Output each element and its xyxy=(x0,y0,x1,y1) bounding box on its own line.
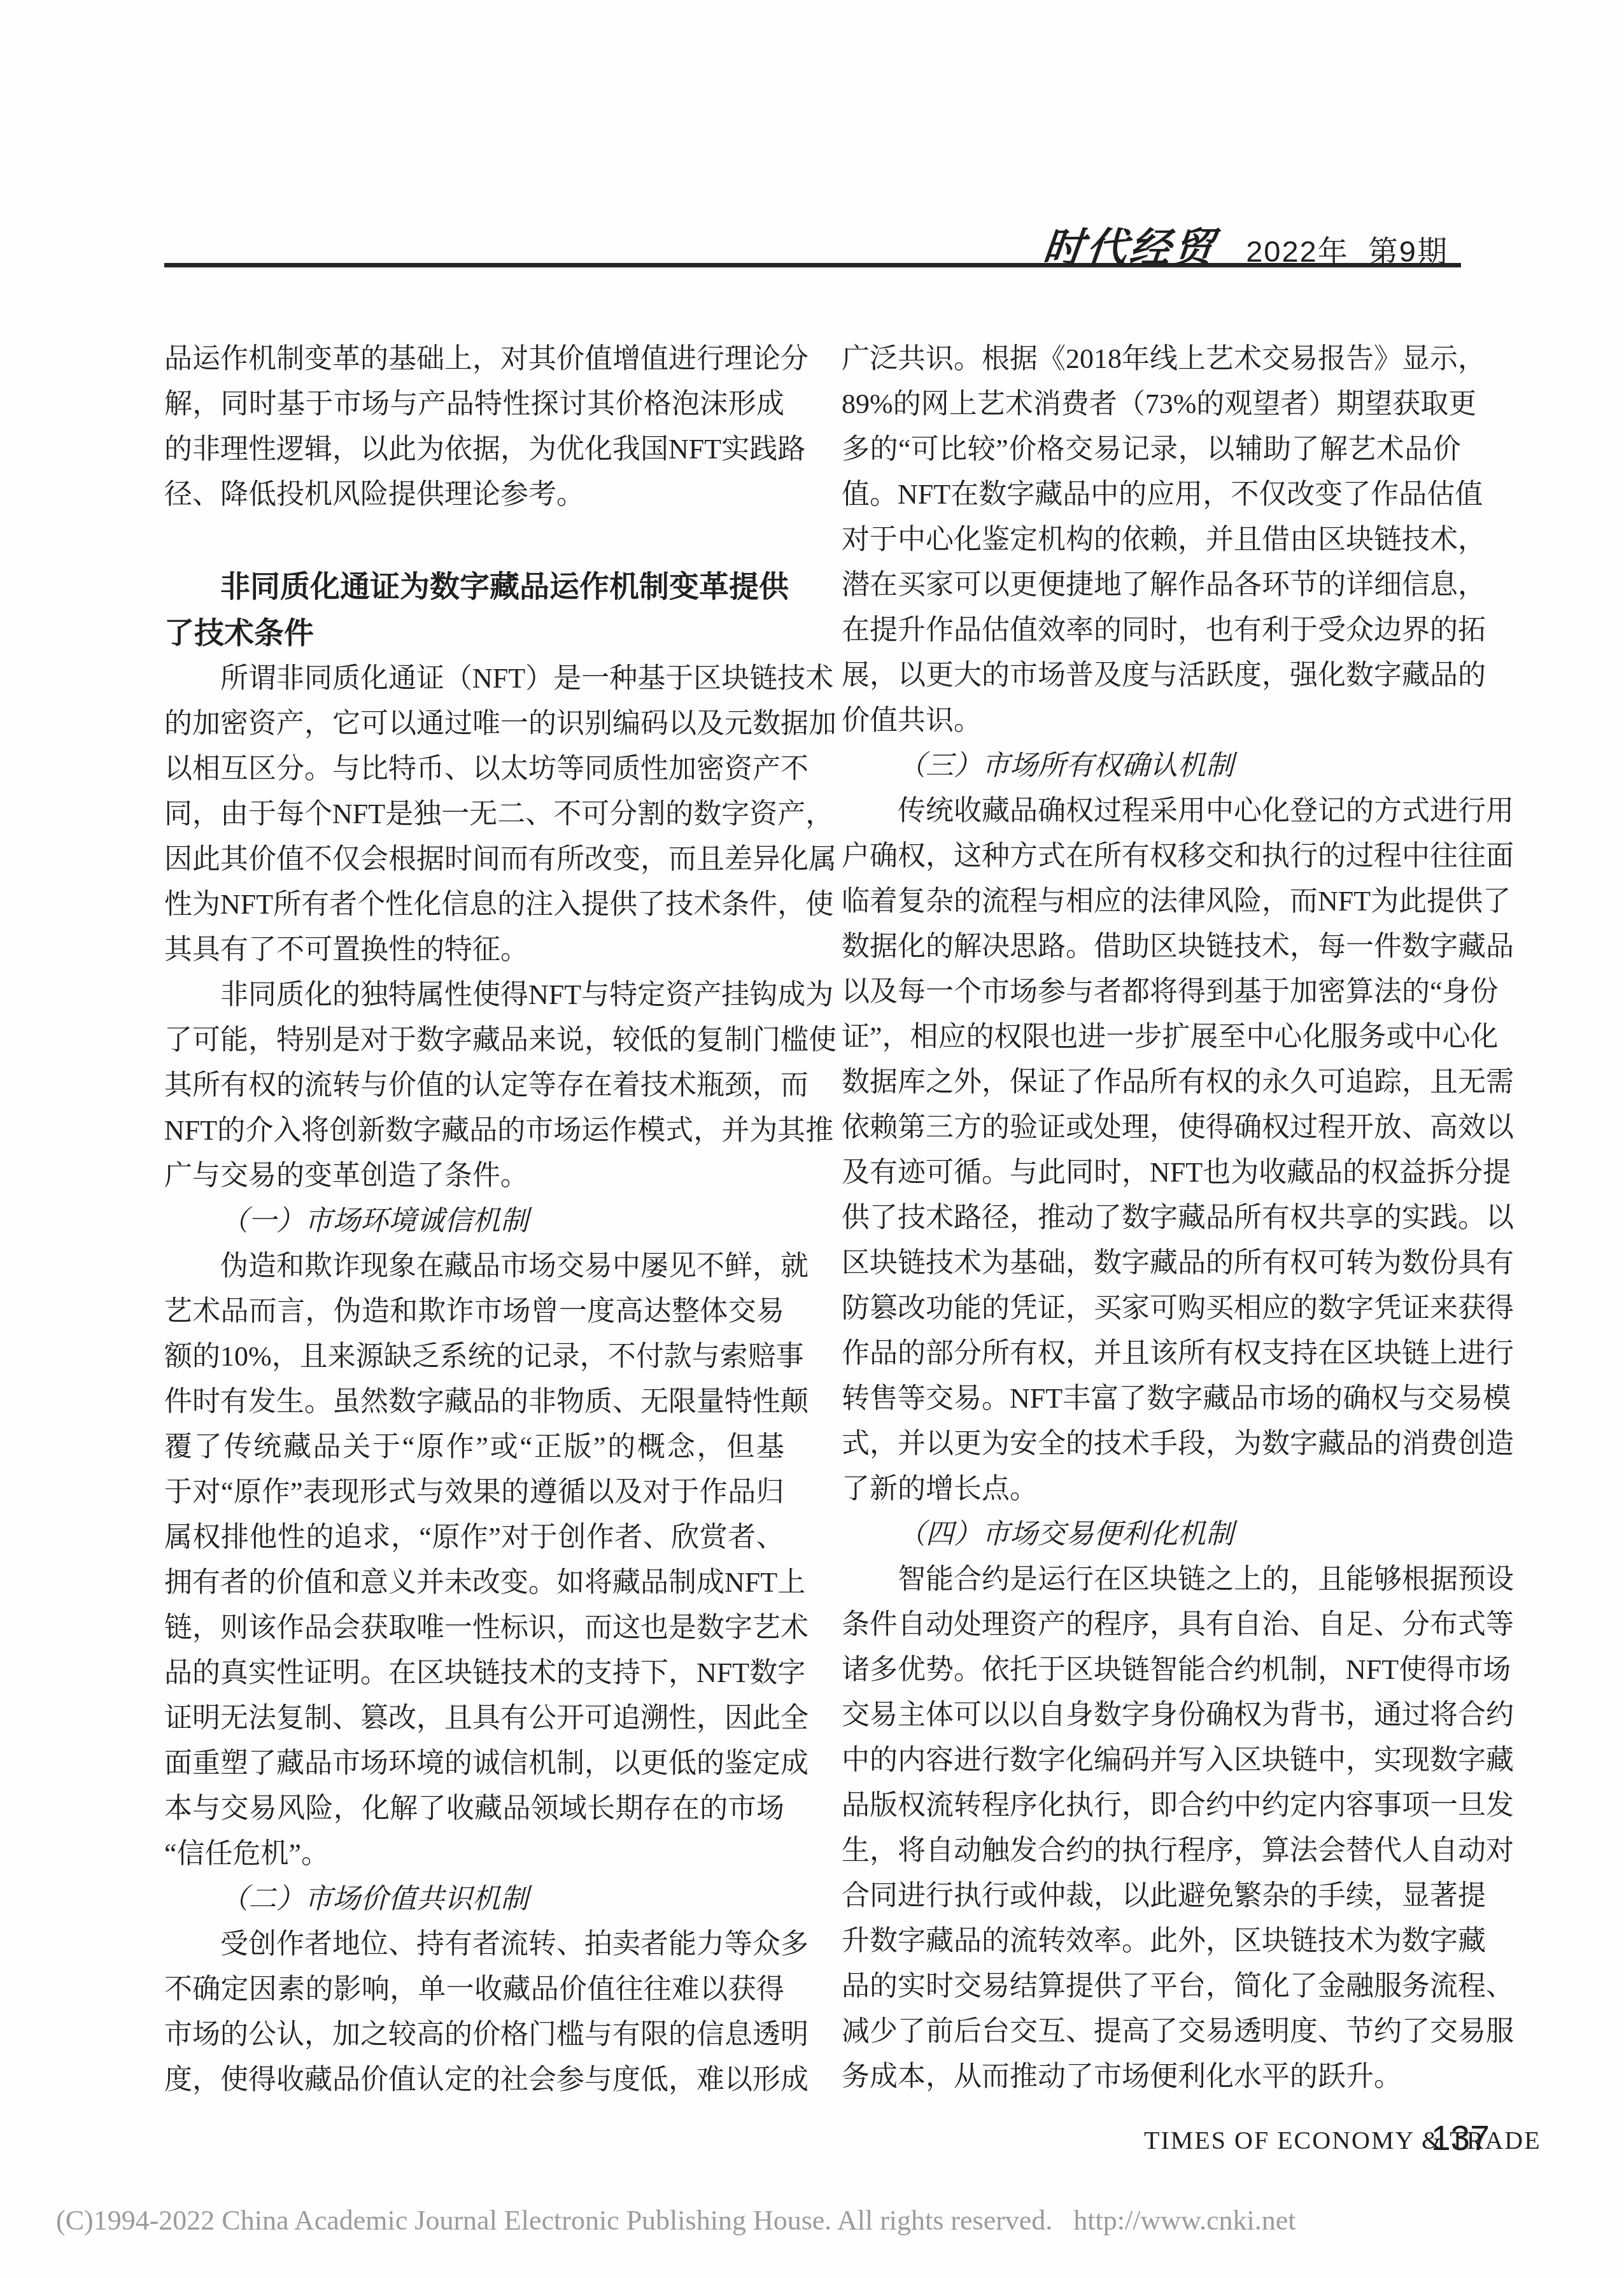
text-line: 区块链技术为基础，数字藏品的所有权可转为数份具有 xyxy=(842,1240,1461,1285)
text-line: 户确权，这种方式在所有权移交和执行的过程中往往面 xyxy=(842,833,1461,879)
text-line: 依赖第三方的验证或处理，使得确权过程开放、高效以 xyxy=(842,1105,1461,1150)
text-line: 式，并以更为安全的技术手段，为数字藏品的消费创造 xyxy=(842,1421,1461,1466)
text-line: 智能合约是运行在区块链之上的，且能够根据预设 xyxy=(842,1557,1461,1602)
text-line: 市场的公认，加之较高的价格门槛与有限的信息透明 xyxy=(164,2012,784,2057)
text-line: 品的实时交易结算提供了平台，简化了金融服务流程、 xyxy=(842,1963,1461,2009)
text-line: 了技术条件 xyxy=(164,609,784,656)
text-line: 临着复杂的流程与相应的法律风险，而NFT为此提供了 xyxy=(842,879,1461,924)
text-line: 升数字藏品的流转效率。此外，区块链技术为数字藏 xyxy=(842,1918,1461,1963)
text-line: 径、降低投机风险提供理论参考。 xyxy=(164,472,784,517)
text-line: 证明无法复制、篡改，且具有公开可追溯性，因此全 xyxy=(164,1695,784,1741)
column-right: 广泛共识。根据《2018年线上艺术交易报告》显示，89%的网上艺术消费者（73%… xyxy=(842,336,1461,2099)
text-line: （三）市场所有权确认机制 xyxy=(842,743,1461,788)
text-line: 本与交易风险，化解了收藏品领域长期存在的市场 xyxy=(164,1786,784,1831)
text-line: 传统收藏品确权过程采用中心化登记的方式进行用 xyxy=(842,788,1461,833)
text-line: 同，由于每个NFT是独一无二、不可分割的数字资产， xyxy=(164,791,784,837)
text-line: 合同进行执行或仲裁，以此避免繁杂的手续，显著提 xyxy=(842,1873,1461,1918)
text-line: 务成本，从而推动了市场便利化水平的跃升。 xyxy=(842,2054,1461,2099)
text-line: 以相互区分。与比特币、以太坊等同质性加密资产不 xyxy=(164,746,784,791)
text-line: 多的“可比较”价格交易记录，以辅助了解艺术品价 xyxy=(842,427,1461,472)
text-line: 以及每一个市场参与者都将得到基于加密算法的“身份 xyxy=(842,969,1461,1014)
text-line: 非同质化通证为数字藏品运作机制变革提供 xyxy=(164,563,784,609)
text-line: 潜在买家可以更便捷地了解作品各环节的详细信息， xyxy=(842,562,1461,607)
text-line: 条件自动处理资产的程序，具有自治、自足、分布式等 xyxy=(842,1602,1461,1647)
text-line: 广与交易的变革创造了条件。 xyxy=(164,1153,784,1198)
text-line: 在提升作品估值效率的同时，也有利于受众边界的拓 xyxy=(842,607,1461,653)
text-line: 供了技术路径，推动了数字藏品所有权共享的实践。以 xyxy=(842,1195,1461,1240)
text-line: 品的真实性证明。在区块链技术的支持下，NFT数字 xyxy=(164,1650,784,1695)
text-line: 性为NFT所有者个性化信息的注入提供了技术条件，使 xyxy=(164,882,784,927)
paragraph: 品运作机制变革的基础上，对其价值增值进行理论分解，同时基于市场与产品特性探讨其价… xyxy=(164,336,784,517)
text-line: 覆了传统藏品关于“原作”或“正版”的概念，但基 xyxy=(164,1424,784,1469)
text-line: 数据库之外，保证了作品所有权的永久可追踪，且无需 xyxy=(842,1059,1461,1105)
header-rule-divider xyxy=(164,263,1461,267)
text-line: 值。NFT在数字藏品中的应用，不仅改变了作品估值 xyxy=(842,472,1461,517)
text-line: 交易主体可以以自身数字身份确权为背书，通过将合约 xyxy=(842,1692,1461,1737)
text-line: 证”，相应的权限也进一步扩展至中心化服务或中心化 xyxy=(842,1014,1461,1059)
journal-page: 时代经贸 2022年 第9期 品运作机制变革的基础上，对其价值增值进行理论分解，… xyxy=(0,0,1624,2278)
text-line: 中的内容进行数字化编码并写入区块链中，实现数字藏 xyxy=(842,1737,1461,1783)
text-line: 减少了前后台交互、提高了交易透明度、节约了交易服 xyxy=(842,2009,1461,2054)
page-number: 137 xyxy=(1431,2118,1490,2158)
text-line: 其所有权的流转与价值的认定等存在着技术瓶颈，而 xyxy=(164,1063,784,1108)
paragraph: 智能合约是运行在区块链之上的，且能够根据预设条件自动处理资产的程序，具有自治、自… xyxy=(842,1557,1461,2099)
text-line: （一）市场环境诚信机制 xyxy=(164,1198,784,1243)
text-line: 品运作机制变革的基础上，对其价值增值进行理论分 xyxy=(164,336,784,381)
paragraph: 非同质化的独特属性使得NFT与特定资产挂钩成为了可能，特别是对于数字藏品来说，较… xyxy=(164,972,784,1198)
text-line: 于对“原作”表现形式与效果的遵循以及对于作品归 xyxy=(164,1469,784,1515)
text-line: 品版权流转程序化执行，即合约中约定内容事项一旦发 xyxy=(842,1783,1461,1828)
text-line: 拥有者的价值和意义并未改变。如将藏品制成NFT上 xyxy=(164,1560,784,1605)
text-line: 因此其价值不仅会根据时间而有所改变，而且差异化属 xyxy=(164,837,784,882)
text-line: 链，则该作品会获取唯一性标识，而这也是数字艺术 xyxy=(164,1605,784,1650)
text-line: 及有迹可循。与此同时，NFT也为收藏品的权益拆分提 xyxy=(842,1150,1461,1195)
text-line: 艺术品而言，伪造和欺诈市场曾一度高达整体交易 xyxy=(164,1289,784,1334)
text-line: 度，使得收藏品价值认定的社会参与度低，难以形成 xyxy=(164,2057,784,2102)
text-line: 伪造和欺诈现象在藏品市场交易中屡见不鲜，就 xyxy=(164,1243,784,1289)
text-line: 面重塑了藏品市场环境的诚信机制，以更低的鉴定成 xyxy=(164,1741,784,1786)
text-line: 不确定因素的影响，单一收藏品价值往往难以获得 xyxy=(164,1967,784,2012)
text-line: 了可能，特别是对于数字藏品来说，较低的复制门槛使 xyxy=(164,1017,784,1063)
text-line: 的非理性逻辑，以此为依据，为优化我国NFT实践路 xyxy=(164,427,784,472)
text-line: 展，以更大的市场普及度与活跃度，强化数字藏品的 xyxy=(842,653,1461,698)
text-line: 所谓非同质化通证（NFT）是一种基于区块链技术 xyxy=(164,656,784,701)
text-line: 对于中心化鉴定机构的依赖，并且借由区块链技术， xyxy=(842,517,1461,562)
text-line: （二）市场价值共识机制 xyxy=(164,1876,784,1921)
paragraph: 伪造和欺诈现象在藏品市场交易中屡见不鲜，就艺术品而言，伪造和欺诈市场曾一度高达整… xyxy=(164,1243,784,1876)
text-line: NFT的介入将创新数字藏品的市场运作模式，并为其推 xyxy=(164,1108,784,1153)
paragraph: 广泛共识。根据《2018年线上艺术交易报告》显示，89%的网上艺术消费者（73%… xyxy=(842,336,1461,743)
text-line: 89%的网上艺术消费者（73%的观望者）期望获取更 xyxy=(842,381,1461,427)
text-line: 受创作者地位、持有者流转、拍卖者能力等众多 xyxy=(164,1921,784,1967)
subsection-heading: （三）市场所有权确认机制 xyxy=(842,743,1461,788)
text-line: （四）市场交易便利化机制 xyxy=(842,1511,1461,1557)
subsection-heading: （二）市场价值共识机制 xyxy=(164,1876,784,1921)
text-line: 广泛共识。根据《2018年线上艺术交易报告》显示， xyxy=(842,336,1461,381)
paragraph: 所谓非同质化通证（NFT）是一种基于区块链技术的加密资产，它可以通过唯一的识别编… xyxy=(164,656,784,972)
subsection-heading: （一）市场环境诚信机制 xyxy=(164,1198,784,1243)
text-line: 额的10%，且来源缺乏系统的记录，不付款与索赔事 xyxy=(164,1334,784,1379)
copyright-watermark: (C)1994-2022 China Academic Journal Elec… xyxy=(56,2204,1296,2237)
paragraph: 受创作者地位、持有者流转、拍卖者能力等众多不确定因素的影响，单一收藏品价值往往难… xyxy=(164,1921,784,2102)
text-line: 属权排他性的追求，“原作”对于创作者、欣赏者、 xyxy=(164,1515,784,1560)
text-line: 了新的增长点。 xyxy=(842,1466,1461,1511)
text-line: 转售等交易。NFT丰富了数字藏品市场的确权与交易模 xyxy=(842,1376,1461,1421)
text-line: 件时有发生。虽然数字藏品的非物质、无限量特性颠 xyxy=(164,1379,784,1424)
text-line: 的加密资产，它可以通过唯一的识别编码以及元数据加 xyxy=(164,701,784,746)
text-line: “信任危机”。 xyxy=(164,1831,784,1876)
section-heading: 非同质化通证为数字藏品运作机制变革提供了技术条件 xyxy=(164,563,784,656)
text-line: 其具有了不可置换性的特征。 xyxy=(164,927,784,972)
text-line: 生，将自动触发合约的执行程序，算法会替代人自动对 xyxy=(842,1828,1461,1873)
text-line: 数据化的解决思路。借助区块链技术，每一件数字藏品 xyxy=(842,924,1461,969)
text-line: 解，同时基于市场与产品特性探讨其价格泡沫形成 xyxy=(164,381,784,427)
text-line: 价值共识。 xyxy=(842,698,1461,743)
text-line: 非同质化的独特属性使得NFT与特定资产挂钩成为 xyxy=(164,972,784,1017)
paragraph: 传统收藏品确权过程采用中心化登记的方式进行用户确权，这种方式在所有权移交和执行的… xyxy=(842,788,1461,1511)
subsection-heading: （四）市场交易便利化机制 xyxy=(842,1511,1461,1557)
column-left: 品运作机制变革的基础上，对其价值增值进行理论分解，同时基于市场与产品特性探讨其价… xyxy=(164,336,784,2102)
text-line: 防篡改功能的凭证，买家可购买相应的数字凭证来获得 xyxy=(842,1285,1461,1331)
text-line: 诸多优势。依托于区块链智能合约机制，NFT使得市场 xyxy=(842,1647,1461,1692)
text-line: 作品的部分所有权，并且该所有权支持在区块链上进行 xyxy=(842,1331,1461,1376)
